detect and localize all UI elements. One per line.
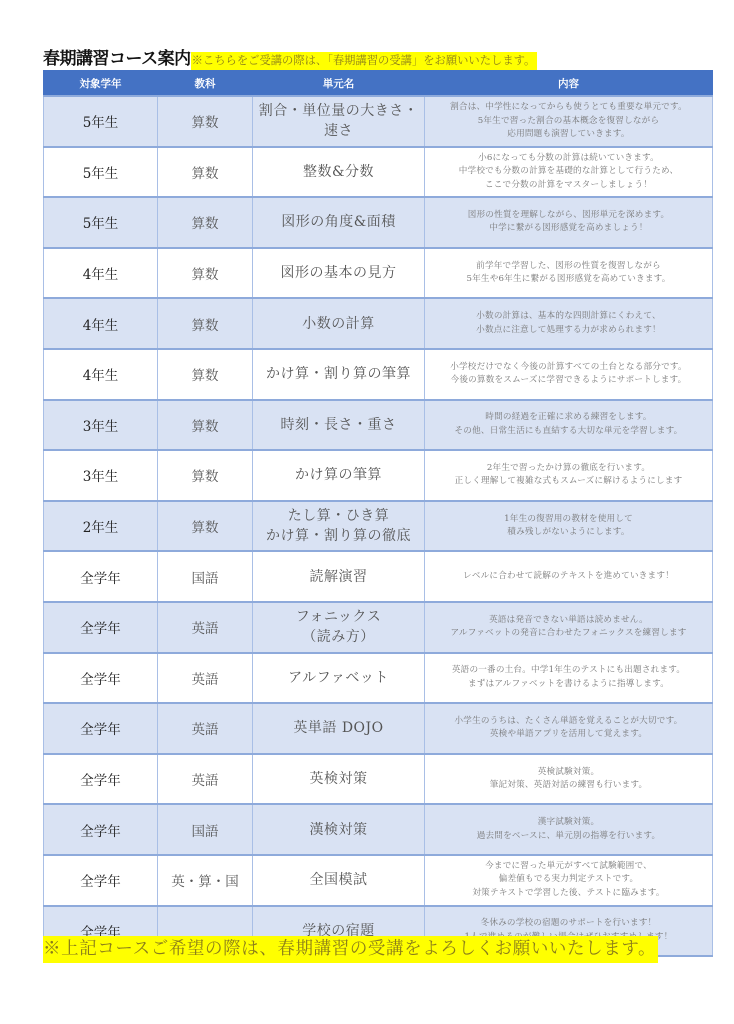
content-line: レベルに合わせて読解のテキストを進めていきます！ (427, 570, 710, 584)
unit-line: 小数の計算 (255, 314, 422, 334)
cell-unit: 割合・単位量の大きさ・速さ (253, 96, 425, 147)
cell-subject: 英語 (158, 602, 253, 653)
cell-subject: 英・算・国 (158, 855, 253, 906)
cell-unit: 整数&分数 (253, 147, 425, 198)
table-body: 5年生算数割合・単位量の大きさ・速さ割合は、中学性になってからも使うとても重要な… (44, 96, 713, 956)
cell-grade: 4年生 (44, 349, 158, 400)
unit-line: かけ算の筆算 (255, 465, 422, 485)
table-row: 全学年英語英検対策英検試験対策。筆記対策、英語対話の練習も行います。 (44, 754, 713, 805)
cell-content: 英検試験対策。筆記対策、英語対話の練習も行います。 (425, 754, 713, 805)
cell-unit: 読解演習 (253, 551, 425, 602)
cell-content: レベルに合わせて読解のテキストを進めていきます！ (425, 551, 713, 602)
content-line: 過去問をベースに、単元別の指導を行います。 (427, 830, 710, 844)
cell-grade: 4年生 (44, 248, 158, 299)
table-row: 3年生算数時刻・長さ・重さ時間の経過を正確に求める練習をします。その他、日常生活… (44, 400, 713, 451)
cell-subject: 英語 (158, 653, 253, 704)
content-line: 中学に繋がる図形感覚を高めましょう！ (427, 222, 710, 236)
content-line: 筆記対策、英語対話の練習も行います。 (427, 779, 710, 793)
cell-grade: 2年生 (44, 501, 158, 552)
table-row: 全学年英語英単語 DOJO小学生のうちは、たくさん単語を覚えることが大切です。英… (44, 703, 713, 754)
table-row: 全学年英・算・国全国模試今までに習った単元がすべて試験範囲で、偏差値もでる実力判… (44, 855, 713, 906)
content-line: アルファベットの発音に合わせたフォニックスを練習します (427, 627, 710, 641)
cell-subject: 算数 (158, 248, 253, 299)
cell-grade: 5年生 (44, 147, 158, 198)
cell-grade: 4年生 (44, 298, 158, 349)
cell-unit: フォニックス（読み方） (253, 602, 425, 653)
table-row: 全学年英語アルファベット英語の一番の土台。中学1年生のテストにも出題されます。ま… (44, 653, 713, 704)
cell-subject: 算数 (158, 197, 253, 248)
unit-line: 図形の角度&面積 (255, 212, 422, 232)
cell-content: 英語は発音できない単語は読めません。アルファベットの発音に合わせたフォニックスを… (425, 602, 713, 653)
content-line: 今後の算数をスムーズに学習できるようにサポートします。 (427, 374, 710, 388)
table-row: 4年生算数図形の基本の見方前学年で学習した、図形の性質を復習しながら5年生や6年… (44, 248, 713, 299)
table-row: 5年生算数整数&分数小6になっても分数の計算は続いていきます。中学校でも分数の計… (44, 147, 713, 198)
content-line: その他、日常生活にも直結する大切な単元を学習します。 (427, 425, 710, 439)
cell-grade: 全学年 (44, 703, 158, 754)
content-line: 応用問題も演習していきます。 (427, 128, 710, 142)
cell-content: 小6になっても分数の計算は続いていきます。中学校でも分数の計算を基礎的な計算とし… (425, 147, 713, 198)
column-header-grade: 対象学年 (44, 71, 158, 97)
unit-line: 英検対策 (255, 769, 422, 789)
unit-line: たし算・ひき算 (255, 506, 422, 526)
cell-grade: 全学年 (44, 653, 158, 704)
page-title: 春期講習コース案内 (43, 48, 191, 70)
cell-unit: 全国模試 (253, 855, 425, 906)
cell-subject: 算数 (158, 298, 253, 349)
content-line: 英検試験対策。 (427, 766, 710, 780)
cell-content: 小学校だけでなく今後の計算すべての土台となる部分です。今後の算数をスムーズに学習… (425, 349, 713, 400)
cell-subject: 算数 (158, 96, 253, 147)
table-row: 4年生算数かけ算・割り算の筆算小学校だけでなく今後の計算すべての土台となる部分で… (44, 349, 713, 400)
column-header-unit: 単元名 (253, 71, 425, 97)
content-line: 冬休みの学校の宿題のサポートを行います！ (427, 917, 710, 931)
cell-unit: 英検対策 (253, 754, 425, 805)
content-line: 5年生や6年生に繋がる図形感覚を高めていきます。 (427, 273, 710, 287)
unit-line: 割合・単位量の大きさ・ (255, 101, 422, 121)
subtitle-note: ※こちらをご受講の際は、「春期講習の受講」をお願いいたします。 (191, 52, 538, 70)
content-line: 偏差値もでる実力判定テストです。 (427, 873, 710, 887)
cell-subject: 英語 (158, 754, 253, 805)
content-line: 英語は発音できない単語は読めません。 (427, 614, 710, 628)
cell-content: 小数の計算は、基本的な四則計算にくわえて、小数点に注意して処理する力が求められま… (425, 298, 713, 349)
cell-unit: 図形の基本の見方 (253, 248, 425, 299)
unit-line: 図形の基本の見方 (255, 263, 422, 283)
cell-grade: 5年生 (44, 197, 158, 248)
content-line: 小学校だけでなく今後の計算すべての土台となる部分です。 (427, 361, 710, 375)
table-row: 5年生算数図形の角度&面積図形の性質を理解しながら、図形単元を深めます。中学に繋… (44, 197, 713, 248)
content-line: 小6になっても分数の計算は続いていきます。 (427, 152, 710, 166)
cell-content: 時間の経過を正確に求める練習をします。その他、日常生活にも直結する大切な単元を学… (425, 400, 713, 451)
cell-unit: 小数の計算 (253, 298, 425, 349)
content-line: 積み残しがないようにします。 (427, 526, 710, 540)
cell-unit: 英単語 DOJO (253, 703, 425, 754)
unit-line: アルファベット (255, 668, 422, 688)
content-line: 小数点に注意して処理する力が求められます！ (427, 324, 710, 338)
table-row: 全学年英語フォニックス（読み方）英語は発音できない単語は読めません。アルファベッ… (44, 602, 713, 653)
table-row: 2年生算数たし算・ひき算かけ算・割り算の徹底1年生の復習用の教材を使用して積み残… (44, 501, 713, 552)
cell-unit: かけ算・割り算の筆算 (253, 349, 425, 400)
cell-content: 2年生で習ったかけ算の徹底を行います。正しく理解して複雑な式もスムーズに解けるよ… (425, 450, 713, 501)
cell-content: 前学年で学習した、図形の性質を復習しながら5年生や6年生に繋がる図形感覚を高めて… (425, 248, 713, 299)
unit-line: （読み方） (255, 627, 422, 647)
cell-content: 英語の一番の土台。中学1年生のテストにも出題されます。まずはアルファベットを書け… (425, 653, 713, 704)
unit-line: 速さ (255, 121, 422, 141)
unit-line: 時刻・長さ・重さ (255, 415, 422, 435)
cell-content: 漢字試験対策。過去問をベースに、単元別の指導を行います。 (425, 804, 713, 855)
table-row: 全学年国語読解演習レベルに合わせて読解のテキストを進めていきます！ (44, 551, 713, 602)
cell-grade: 全学年 (44, 804, 158, 855)
content-line: 対策テキストで学習した後、テストに臨みます。 (427, 887, 710, 901)
cell-subject: 国語 (158, 551, 253, 602)
cell-subject: 算数 (158, 147, 253, 198)
cell-unit: 漢検対策 (253, 804, 425, 855)
cell-grade: 全学年 (44, 602, 158, 653)
column-header-content: 内容 (425, 71, 713, 97)
unit-line: 全国模試 (255, 870, 422, 890)
content-line: 小学生のうちは、たくさん単語を覚えることが大切です。 (427, 715, 710, 729)
content-line: ここで分数の計算をマスターしましょう！ (427, 179, 710, 193)
cell-grade: 全学年 (44, 754, 158, 805)
content-line: 今までに習った単元がすべて試験範囲で、 (427, 860, 710, 874)
column-header-subject: 教科 (158, 71, 253, 97)
table-row: 5年生算数割合・単位量の大きさ・速さ割合は、中学性になってからも使うとても重要な… (44, 96, 713, 147)
cell-unit: 図形の角度&面積 (253, 197, 425, 248)
cell-content: 小学生のうちは、たくさん単語を覚えることが大切です。英検や単語アプリを活用して覚… (425, 703, 713, 754)
content-line: 1年生の復習用の教材を使用して (427, 513, 710, 527)
content-line: まずはアルファベットを書けるように指導します。 (427, 678, 710, 692)
cell-content: 割合は、中学性になってからも使うとても重要な単元です。5年生で習った割合の基本概… (425, 96, 713, 147)
cell-subject: 算数 (158, 450, 253, 501)
content-line: 5年生で習った割合の基本概念を復習しながら (427, 115, 710, 129)
cell-subject: 国語 (158, 804, 253, 855)
unit-line: かけ算・割り算の徹底 (255, 526, 422, 546)
course-table: 対象学年 教科 単元名 内容 5年生算数割合・単位量の大きさ・速さ割合は、中学性… (43, 70, 713, 957)
content-line: 2年生で習ったかけ算の徹底を行います。 (427, 462, 710, 476)
cell-content: 図形の性質を理解しながら、図形単元を深めます。中学に繋がる図形感覚を高めましょう… (425, 197, 713, 248)
table-row: 3年生算数かけ算の筆算2年生で習ったかけ算の徹底を行います。正しく理解して複雑な… (44, 450, 713, 501)
cell-grade: 全学年 (44, 855, 158, 906)
unit-line: かけ算・割り算の筆算 (255, 364, 422, 384)
content-line: 小数の計算は、基本的な四則計算にくわえて、 (427, 310, 710, 324)
content-line: 英検や単語アプリを活用して覚えます。 (427, 728, 710, 742)
cell-unit: かけ算の筆算 (253, 450, 425, 501)
unit-line: 英単語 DOJO (255, 718, 422, 738)
table-header-row: 対象学年 教科 単元名 内容 (44, 71, 713, 97)
table-row: 全学年国語漢検対策漢字試験対策。過去問をベースに、単元別の指導を行います。 (44, 804, 713, 855)
cell-grade: 3年生 (44, 450, 158, 501)
content-line: 前学年で学習した、図形の性質を復習しながら (427, 260, 710, 274)
cell-grade: 5年生 (44, 96, 158, 147)
cell-unit: アルファベット (253, 653, 425, 704)
unit-line: 読解演習 (255, 567, 422, 587)
cell-unit: たし算・ひき算かけ算・割り算の徹底 (253, 501, 425, 552)
content-line: 中学校でも分数の計算を基礎的な計算として行うため、 (427, 165, 710, 179)
cell-content: 今までに習った単元がすべて試験範囲で、偏差値もでる実力判定テストです。対策テキス… (425, 855, 713, 906)
unit-line: 整数&分数 (255, 162, 422, 182)
table-row: 4年生算数小数の計算小数の計算は、基本的な四則計算にくわえて、小数点に注意して処… (44, 298, 713, 349)
title-line: 春期講習コース案内 ※こちらをご受講の際は、「春期講習の受講」をお願いいたします… (43, 46, 537, 70)
cell-grade: 3年生 (44, 400, 158, 451)
cell-subject: 算数 (158, 400, 253, 451)
unit-line: フォニックス (255, 607, 422, 627)
cell-content: 1年生の復習用の教材を使用して積み残しがないようにします。 (425, 501, 713, 552)
cell-subject: 算数 (158, 349, 253, 400)
cell-subject: 英語 (158, 703, 253, 754)
content-line: 英語の一番の土台。中学1年生のテストにも出題されます。 (427, 664, 710, 678)
content-line: 正しく理解して複雑な式もスムーズに解けるようにします (427, 475, 710, 489)
content-line: 漢字試験対策。 (427, 816, 710, 830)
content-line: 時間の経過を正確に求める練習をします。 (427, 411, 710, 425)
cell-grade: 全学年 (44, 551, 158, 602)
cell-unit: 時刻・長さ・重さ (253, 400, 425, 451)
cell-subject: 算数 (158, 501, 253, 552)
content-line: 図形の性質を理解しながら、図形単元を深めます。 (427, 209, 710, 223)
footer-note: ※上記コースご希望の際は、春期講習の受講をよろしくお願いいたします。 (43, 936, 658, 963)
content-line: 割合は、中学性になってからも使うとても重要な単元です。 (427, 101, 710, 115)
unit-line: 漢検対策 (255, 820, 422, 840)
